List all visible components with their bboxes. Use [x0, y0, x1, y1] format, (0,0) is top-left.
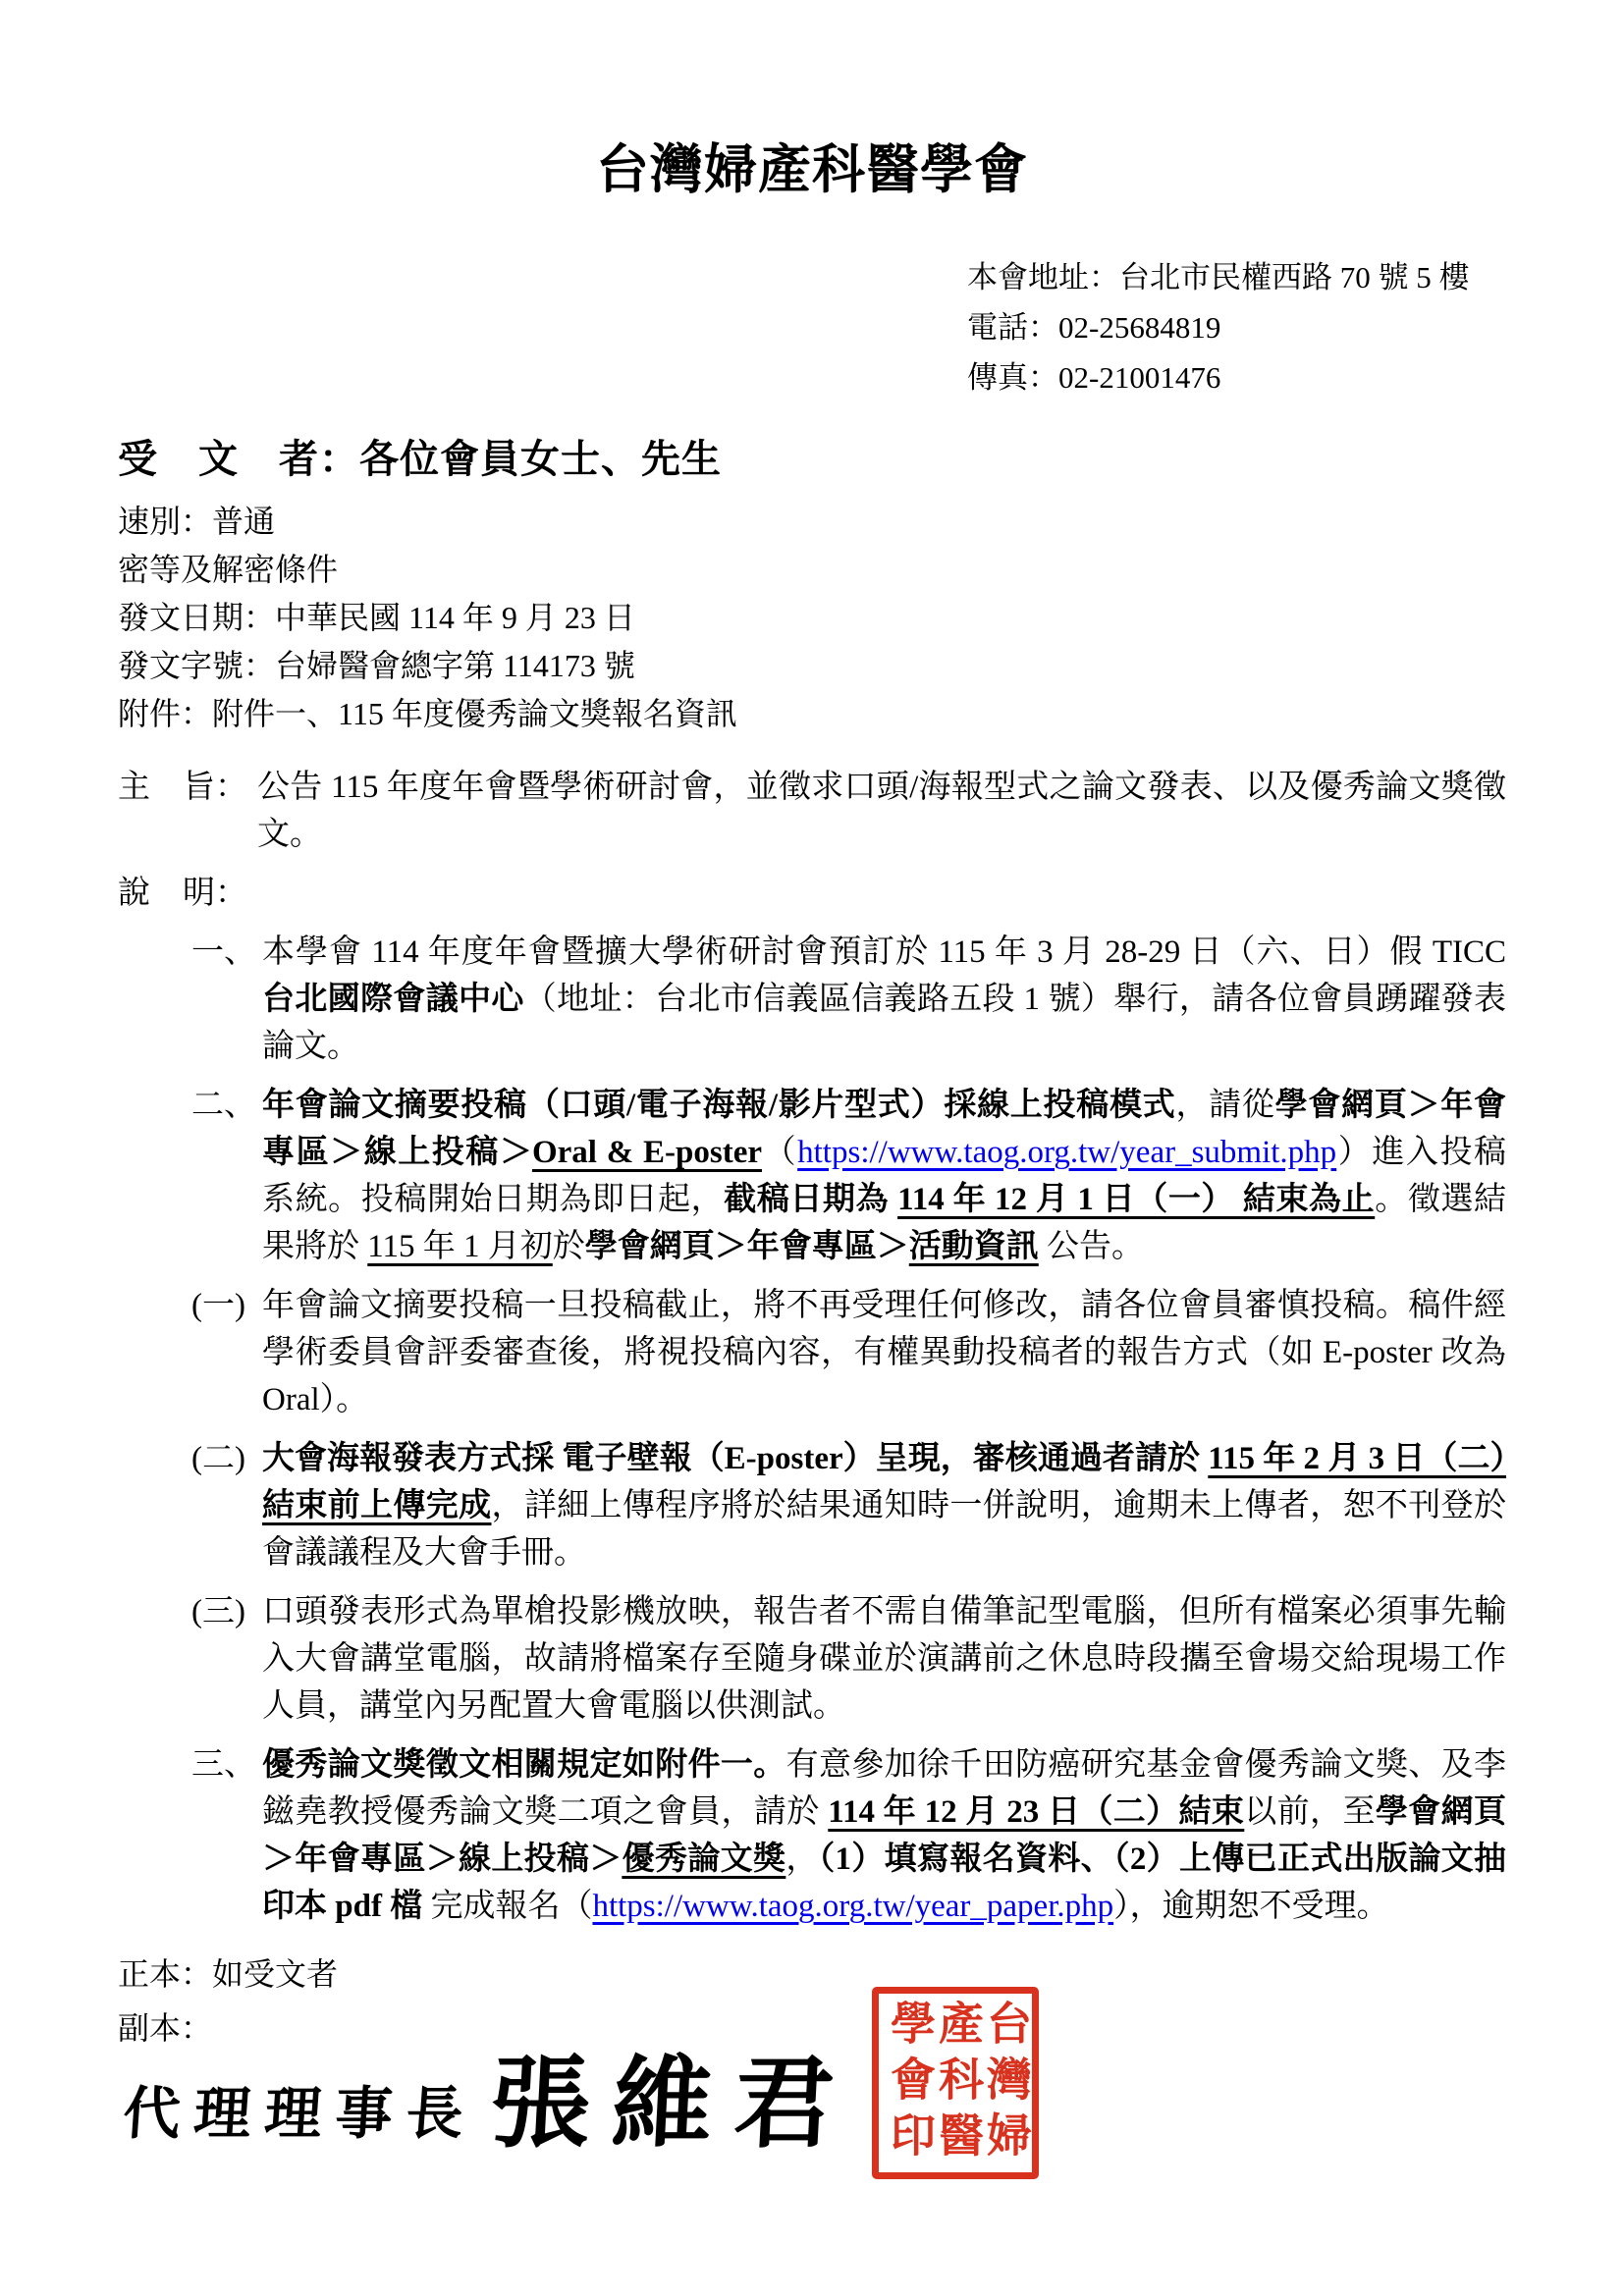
text-segment: 年會論文摘要投稿（口頭/電子海報/影片型式）採線上投稿模式	[262, 1088, 1175, 1123]
org-fax: 傳真：02-21001476	[967, 352, 1624, 402]
text-segment: 截稿日期為	[724, 1182, 897, 1217]
subject-label: 主 旨：	[118, 764, 247, 811]
recipient-line: 受 文 者：各位會員女士、先生	[118, 428, 1624, 484]
text-segment: 公告 115 年度年會暨學術研討會，並徵求口頭/海報型式之論文發表、以及優秀論文…	[257, 770, 1506, 852]
item-number: 三、	[191, 1741, 256, 1789]
organization-title: 台灣婦產科醫學會	[0, 0, 1624, 203]
item-number: 二、	[191, 1082, 256, 1129]
subject-paragraph: 主 旨： 公告 115 年度年會暨學術研討會，並徵求口頭/海報型式之論文發表、以…	[118, 764, 1506, 858]
list-item-2: 二、 年會論文摘要投稿（口頭/電子海報/影片型式）採線上投稿模式，請從學會網頁＞…	[191, 1082, 1506, 1270]
meta-speed: 速別：普通	[118, 498, 1624, 546]
signer-title: 代理理事長	[121, 2067, 480, 2150]
text-segment: 114 年 12 月 23 日（二）結束	[828, 1794, 1244, 1830]
list-item-1: 一、 本學會 114 年度年會暨擴大學術研討會預訂於 115 年 3 月 28-…	[191, 929, 1506, 1070]
list-subitem-1: (一) 年會論文摘要投稿一旦投稿截止，將不再受理任何修改，請各位會員審慎投稿。稿…	[191, 1282, 1506, 1423]
distribution-block: 正本：如受文者 副本：	[118, 1948, 338, 2056]
text-segment: 學會網頁＞年會專區＞	[585, 1229, 909, 1264]
item-content: 年會論文摘要投稿（口頭/電子海報/影片型式）採線上投稿模式，請從學會網頁＞年會專…	[262, 1088, 1506, 1264]
url-link[interactable]: https://www.taog.org.tw/year_submit.php	[797, 1135, 1336, 1170]
item-number: (一)	[191, 1282, 245, 1329]
copy-original-line: 正本：如受文者	[118, 1948, 338, 2002]
text-segment: 優秀論文獎徵文相關規定如附件一。	[262, 1747, 786, 1783]
text-segment: ，	[785, 1842, 818, 1877]
meta-issue-date: 發文日期：中華民國 114 年 9 月 23 日	[118, 594, 1624, 642]
org-phone: 電話：02-25684819	[967, 302, 1624, 352]
list-subitem-2: (二) 大會海報發表方式採 電子壁報（E-poster）呈現，審核通過者請於 1…	[191, 1435, 1506, 1576]
copy-cc-line: 副本：	[118, 2002, 338, 2056]
item-number: (三)	[191, 1588, 245, 1635]
official-letter-page: 台灣婦產科醫學會 本會地址：台北市民權西路 70 號 5 樓 電話：02-256…	[0, 0, 1624, 2296]
text-segment: 優秀論文獎	[622, 1842, 785, 1877]
item-content: 年會論文摘要投稿一旦投稿截止，將不再受理任何修改，請各位會員審慎投稿。稿件經學術…	[262, 1288, 1506, 1417]
text-segment: 口頭發表形式為單槍投影機放映，報告者不需自備筆記型電腦，但所有檔案必須事先輸入大…	[262, 1594, 1506, 1724]
item-content: 口頭發表形式為單槍投影機放映，報告者不需自備筆記型電腦，但所有檔案必須事先輸入大…	[262, 1594, 1506, 1724]
text-segment: 於	[553, 1229, 585, 1264]
text-segment: 完成報名（	[422, 1889, 592, 1924]
item-number: 一、	[191, 929, 256, 976]
letter-body: 主 旨： 公告 115 年度年會暨學術研討會，並徵求口頭/海報型式之論文發表、以…	[118, 764, 1506, 1930]
text-segment: Oral & E-poster	[532, 1135, 762, 1170]
item-content: 優秀論文獎徵文相關規定如附件一。有意參加徐千田防癌研究基金會優秀論文獎、及李鎡堯…	[262, 1747, 1506, 1924]
text-segment: 公告。	[1039, 1229, 1144, 1264]
url-link[interactable]: https://www.taog.org.tw/year_paper.php	[592, 1889, 1113, 1924]
org-address: 本會地址：台北市民權西路 70 號 5 樓	[967, 252, 1624, 302]
text-segment: ），逾期恕不受理。	[1113, 1889, 1389, 1924]
text-segment: 本學會 114 年度年會暨擴大學術研討會預訂於 115 年 3 月 28-29 …	[262, 934, 1506, 970]
meta-attachment: 附件：附件一、115 年度優秀論文獎報名資訊	[118, 690, 1624, 738]
text-segment: 年會論文摘要投稿一旦投稿截止，將不再受理任何修改，請各位會員審慎投稿。稿件經學術…	[262, 1288, 1506, 1417]
organization-seal: 台灣婦產科醫學會印	[872, 1987, 1039, 2179]
signer-name-signature: 張維君	[487, 2024, 860, 2167]
explanation-label: 說 明：	[118, 870, 1506, 917]
text-segment: 大會海報發表方式採 電子壁報（E-poster）呈現，審核通過者請於	[262, 1441, 1208, 1476]
text-segment: （	[762, 1135, 797, 1170]
item-number: (二)	[191, 1435, 245, 1482]
item-content: 大會海報發表方式採 電子壁報（E-poster）呈現，審核通過者請於 115 年…	[262, 1441, 1506, 1571]
subject-content: 公告 115 年度年會暨學術研討會，並徵求口頭/海報型式之論文發表、以及優秀論文…	[257, 770, 1506, 852]
meta-doc-number: 發文字號：台婦醫會總字第 114173 號	[118, 642, 1624, 690]
text-segment: 114 年 12 月 1 日（一） 結束為止	[897, 1182, 1375, 1217]
list-subitem-3: (三) 口頭發表形式為單槍投影機放映，報告者不需自備筆記型電腦，但所有檔案必須事…	[191, 1588, 1506, 1730]
item-content: 本學會 114 年度年會暨擴大學術研討會預訂於 115 年 3 月 28-29 …	[262, 934, 1506, 1064]
text-segment: 台北國際會議中心	[262, 982, 524, 1017]
contact-block: 本會地址：台北市民權西路 70 號 5 樓 電話：02-25684819 傳真：…	[967, 252, 1624, 402]
text-segment: 115 年 1 月初	[367, 1229, 553, 1264]
list-item-3: 三、 優秀論文獎徵文相關規定如附件一。有意參加徐千田防癌研究基金會優秀論文獎、及…	[191, 1741, 1506, 1930]
meta-block: 速別：普通 密等及解密條件 發文日期：中華民國 114 年 9 月 23 日 發…	[118, 498, 1624, 738]
text-segment: ，請從	[1175, 1088, 1274, 1123]
meta-secrecy: 密等及解密條件	[118, 546, 1624, 594]
text-segment: 以前，至	[1244, 1794, 1376, 1830]
text-segment: 活動資訊	[909, 1229, 1039, 1264]
